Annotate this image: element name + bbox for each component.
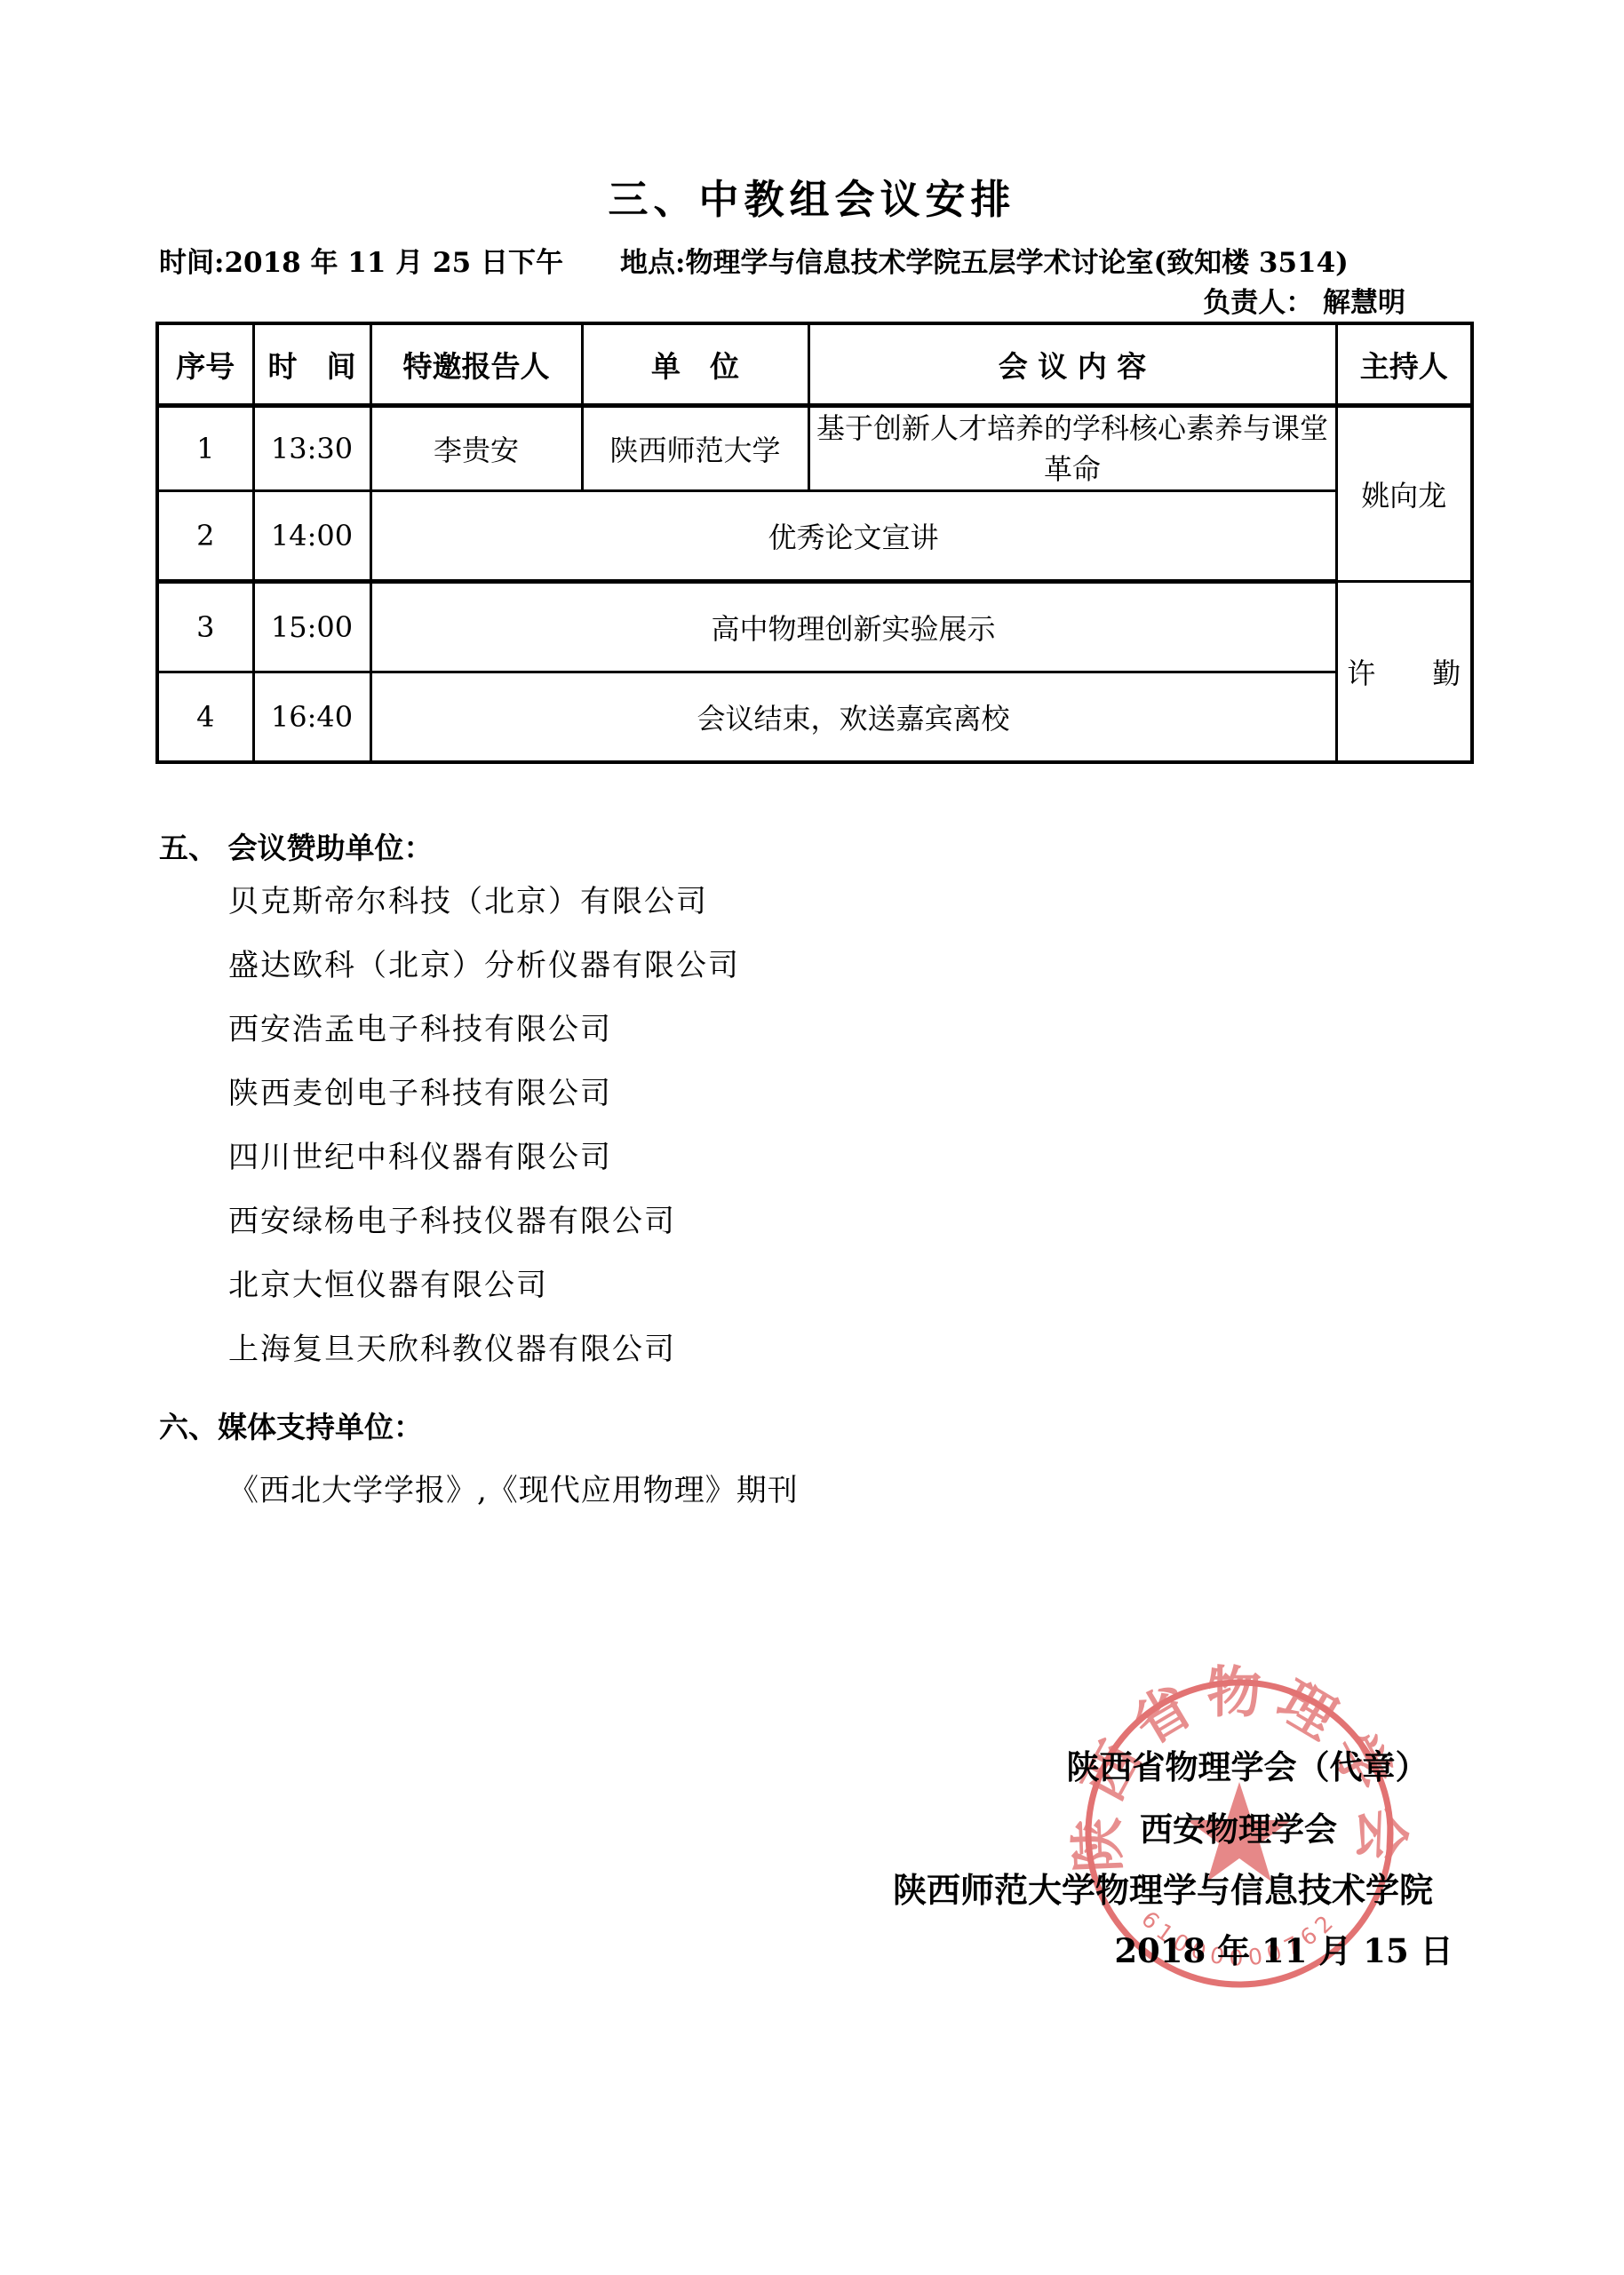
table-row: 4 16:40 会议结束，欢送嘉宾离校 [157, 672, 1472, 763]
signature-org-1: 陕西省物理学会（代章） [1067, 1740, 1429, 1788]
sponsors-heading: 五、 会议赞助单位： [159, 825, 434, 867]
meeting-time-label: 时间:2018 年 11 月 25 日下午 [159, 240, 563, 280]
cell-host-1: 姚向龙 [1336, 406, 1472, 582]
cell-time: 16:40 [253, 672, 370, 763]
cell-seq: 4 [157, 672, 253, 763]
cell-seq: 1 [157, 406, 253, 491]
table-header-row: 序号 时 间 特邀报告人 单 位 会 议 内 容 主持人 [157, 323, 1472, 406]
cell-content: 基于创新人才培养的学科核心素养与课堂革命 [808, 406, 1336, 491]
sponsor-item: 贝克斯帝尔科技（北京）有限公司 [228, 870, 740, 934]
cell-host-2: 许 勤 [1336, 582, 1472, 763]
cell-unit: 陕西师范大学 [582, 406, 808, 491]
sponsor-item: 盛达欧科（北京）分析仪器有限公司 [228, 934, 740, 998]
cell-content: 优秀论文宣讲 [370, 491, 1336, 582]
meeting-manager-label: 负责人： 解慧明 [1203, 280, 1405, 320]
sponsor-item: 西安浩孟电子科技有限公司 [228, 998, 740, 1062]
sponsor-item: 上海复旦天欣科教仪器有限公司 [228, 1317, 740, 1381]
header-time: 时 间 [253, 323, 370, 406]
document-page: 三、中教组会议安排 时间:2018 年 11 月 25 日下午 地点:物理学与信… [0, 0, 1624, 2275]
sponsor-item: 陕西麦创电子科技有限公司 [228, 1062, 740, 1126]
meeting-location-label: 地点:物理学与信息技术学院五层学术讨论室(致知楼 3514) [620, 240, 1349, 280]
header-host: 主持人 [1336, 323, 1472, 406]
cell-speaker: 李贵安 [370, 406, 582, 491]
cell-content: 会议结束，欢送嘉宾离校 [370, 672, 1336, 763]
sponsor-item: 北京大恒仪器有限公司 [228, 1253, 740, 1317]
header-unit: 单 位 [582, 323, 808, 406]
table-row: 1 13:30 李贵安 陕西师范大学 基于创新人才培养的学科核心素养与课堂革命 … [157, 406, 1472, 491]
sponsor-item: 西安绿杨电子科技仪器有限公司 [228, 1189, 740, 1253]
sponsor-item: 四川世纪中科仪器有限公司 [228, 1126, 740, 1189]
header-speaker: 特邀报告人 [370, 323, 582, 406]
signature-org-2: 西安物理学会 [1140, 1802, 1337, 1850]
header-content: 会 议 内 容 [808, 323, 1336, 406]
page-title: 三、中教组会议安排 [0, 167, 1624, 225]
schedule-table: 序号 时 间 特邀报告人 单 位 会 议 内 容 主持人 1 13:30 李贵安… [155, 322, 1474, 764]
table-row: 2 14:00 优秀论文宣讲 [157, 491, 1472, 582]
header-seq: 序号 [157, 323, 253, 406]
sponsors-list: 贝克斯帝尔科技（北京）有限公司 盛达欧科（北京）分析仪器有限公司 西安浩孟电子科… [228, 870, 740, 1381]
cell-time: 15:00 [253, 582, 370, 672]
cell-seq: 2 [157, 491, 253, 582]
signature-org-3: 陕西师范大学物理学与信息技术学院 [893, 1863, 1433, 1912]
cell-time: 13:30 [253, 406, 370, 491]
table-row: 3 15:00 高中物理创新实验展示 许 勤 [157, 582, 1472, 672]
cell-time: 14:00 [253, 491, 370, 582]
cell-content: 高中物理创新实验展示 [370, 582, 1336, 672]
media-item: 《西北大学学报》,《现代应用物理》期刊 [228, 1466, 799, 1509]
signature-date: 2018 年 11 月 15 日 [1114, 1924, 1453, 1972]
cell-seq: 3 [157, 582, 253, 672]
media-heading: 六、媒体支持单位： [159, 1404, 423, 1446]
